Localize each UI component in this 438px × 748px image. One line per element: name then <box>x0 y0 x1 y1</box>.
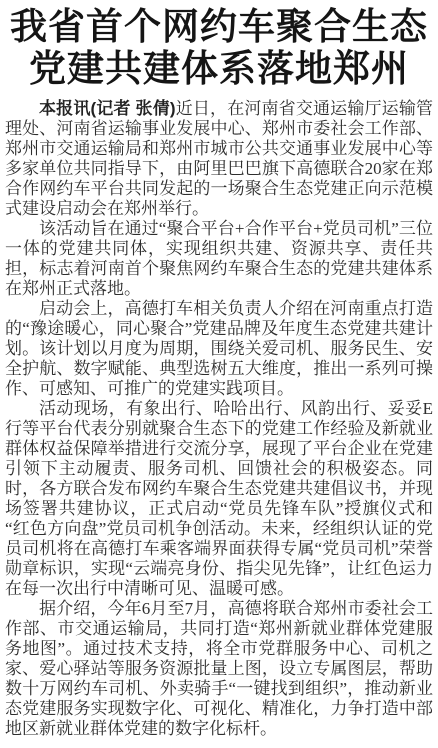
paragraph-2-text: 该活动旨在通过“聚合平台+合作平台+党员司机”三位一体的党建共同体，实现组织共建… <box>5 219 433 298</box>
paragraph-3: 启动会上，高德打车相关负责人介绍在河南重点打造的“豫途暖心，同心聚合”党建品牌及… <box>5 299 433 399</box>
headline-line-2: 党建共建体系落地郑州 <box>6 48 432 90</box>
paragraph-4: 活动现场，有象出行、哈哈出行、风韵出行、妥妥E行等平台代表分别就聚合生态下的党建… <box>5 399 433 599</box>
article-body: 本报讯(记者 张倩)近日，在河南省交通运输厅运输管理处、河南省运输事业发展中心、… <box>0 99 438 739</box>
paragraph-5: 据介绍，今年6月至7月，高德将联合郑州市委社会工作部、市交通运输局，共同打造“郑… <box>5 599 433 739</box>
paragraph-2: 该活动旨在通过“聚合平台+合作平台+党员司机”三位一体的党建共同体，实现组织共建… <box>5 219 433 299</box>
paragraph-1: 本报讯(记者 张倩)近日，在河南省交通运输厅运输管理处、河南省运输事业发展中心、… <box>5 99 433 219</box>
headline-line-1: 我省首个网约车聚合生态 <box>6 6 432 48</box>
paragraph-5-text: 据介绍，今年6月至7月，高德将联合郑州市委社会工作部、市交通运输局，共同打造“郑… <box>5 599 433 738</box>
article-headline: 我省首个网约车聚合生态 党建共建体系落地郑州 <box>6 6 432 90</box>
paragraph-4-text: 活动现场，有象出行、哈哈出行、风韵出行、妥妥E行等平台代表分别就聚合生态下的党建… <box>5 399 433 598</box>
paragraph-3-text: 启动会上，高德打车相关负责人介绍在河南重点打造的“豫途暖心，同心聚合”党建品牌及… <box>5 299 433 398</box>
byline-lead: 本报讯(记者 张倩) <box>39 99 176 118</box>
newspaper-article: 我省首个网约车聚合生态 党建共建体系落地郑州 本报讯(记者 张倩)近日，在河南省… <box>0 0 438 748</box>
